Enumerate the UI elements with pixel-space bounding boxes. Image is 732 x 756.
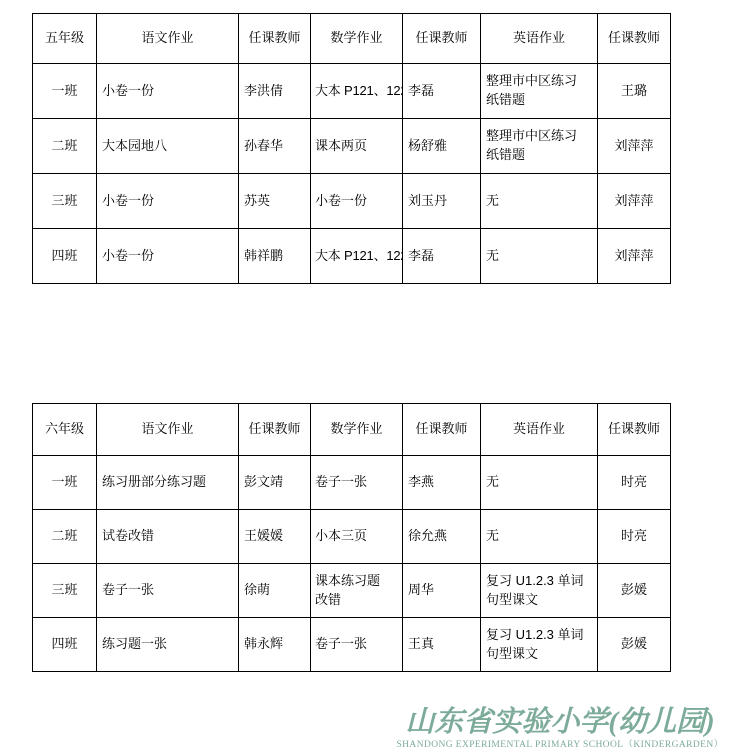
math-teacher: 周华 (403, 564, 481, 618)
math-homework: 小本三页 (311, 510, 403, 564)
english-teacher: 时亮 (598, 456, 671, 510)
english-teacher: 彭媛 (598, 564, 671, 618)
math-homework: 小卷一份 (311, 174, 403, 229)
header-chinese-homework: 语文作业 (97, 14, 239, 64)
chinese-teacher: 孙春华 (239, 119, 311, 174)
grade5-label: 五年级 (33, 14, 97, 64)
chinese-teacher: 韩永辉 (239, 618, 311, 672)
class-label: 三班 (33, 564, 97, 618)
chinese-homework: 练习册部分练习题 (97, 456, 239, 510)
math-homework: 课本练习题改错 (311, 564, 403, 618)
table-row: 二班 大本园地八 孙春华 课本两页 杨舒雅 整理市中区练习纸错题 刘萍萍 (33, 119, 671, 174)
math-homework: 课本两页 (311, 119, 403, 174)
english-homework: 整理市中区练习纸错题 (481, 119, 598, 174)
table-row: 一班 小卷一份 李洪倩 大本 P121、122 李磊 整理市中区练习纸错题 王璐 (33, 64, 671, 119)
header-math-teacher: 任课教师 (403, 14, 481, 64)
chinese-teacher: 韩祥鹏 (239, 229, 311, 284)
math-teacher: 徐允燕 (403, 510, 481, 564)
math-homework: 大本 P121、122 (311, 64, 403, 119)
table-row: 四班 小卷一份 韩祥鹏 大本 P121、122 李磊 无 刘萍萍 (33, 229, 671, 284)
header-math-teacher: 任课教师 (403, 404, 481, 456)
table-row: 三班 小卷一份 苏英 小卷一份 刘玉丹 无 刘萍萍 (33, 174, 671, 229)
chinese-homework: 试卷改错 (97, 510, 239, 564)
english-teacher: 彭媛 (598, 618, 671, 672)
class-label: 二班 (33, 510, 97, 564)
grade5-homework-table: 五年级 语文作业 任课教师 数学作业 任课教师 英语作业 任课教师 一班 小卷一… (32, 13, 671, 284)
chinese-homework: 卷子一张 (97, 564, 239, 618)
header-english-teacher: 任课教师 (598, 404, 671, 456)
english-teacher: 王璐 (598, 64, 671, 119)
english-teacher: 刘萍萍 (598, 174, 671, 229)
english-teacher: 时亮 (598, 510, 671, 564)
header-math-homework: 数学作业 (311, 14, 403, 64)
grade5-header-row: 五年级 语文作业 任课教师 数学作业 任课教师 英语作业 任课教师 (33, 14, 671, 64)
class-label: 二班 (33, 119, 97, 174)
header-math-homework: 数学作业 (311, 404, 403, 456)
chinese-teacher: 王媛媛 (239, 510, 311, 564)
chinese-homework: 大本园地八 (97, 119, 239, 174)
math-homework: 大本 P121、122 (311, 229, 403, 284)
chinese-homework: 小卷一份 (97, 64, 239, 119)
english-homework: 复习 U1.2.3 单词句型课文 (481, 564, 598, 618)
math-teacher: 刘玉丹 (403, 174, 481, 229)
math-teacher: 杨舒雅 (403, 119, 481, 174)
math-teacher: 李磊 (403, 64, 481, 119)
math-teacher: 李燕 (403, 456, 481, 510)
chinese-homework: 练习题一张 (97, 618, 239, 672)
class-label: 一班 (33, 64, 97, 119)
table-row: 一班 练习册部分练习题 彭文靖 卷子一张 李燕 无 时亮 (33, 456, 671, 510)
english-homework: 无 (481, 510, 598, 564)
grade6-label: 六年级 (33, 404, 97, 456)
english-homework: 无 (481, 456, 598, 510)
grade6-homework-table: 六年级 语文作业 任课教师 数学作业 任课教师 英语作业 任课教师 一班 练习册… (32, 403, 671, 672)
class-label: 一班 (33, 456, 97, 510)
math-homework: 卷子一张 (311, 618, 403, 672)
chinese-teacher: 李洪倩 (239, 64, 311, 119)
header-chinese-homework: 语文作业 (97, 404, 239, 456)
english-teacher: 刘萍萍 (598, 229, 671, 284)
header-chinese-teacher: 任课教师 (239, 14, 311, 64)
english-homework: 无 (481, 174, 598, 229)
english-homework: 整理市中区练习纸错题 (481, 64, 598, 119)
chinese-teacher: 徐萌 (239, 564, 311, 618)
school-name-chinese: 山东省实验小学(幼儿园) (390, 707, 730, 739)
table-row: 四班 练习题一张 韩永辉 卷子一张 王真 复习 U1.2.3 单词句型课文 彭媛 (33, 618, 671, 672)
math-teacher: 李磊 (403, 229, 481, 284)
header-chinese-teacher: 任课教师 (239, 404, 311, 456)
header-english-homework: 英语作业 (481, 404, 598, 456)
chinese-homework: 小卷一份 (97, 174, 239, 229)
chinese-teacher: 苏英 (239, 174, 311, 229)
header-english-teacher: 任课教师 (598, 14, 671, 64)
class-label: 四班 (33, 618, 97, 672)
header-english-homework: 英语作业 (481, 14, 598, 64)
english-homework: 复习 U1.2.3 单词句型课文 (481, 618, 598, 672)
grade6-header-row: 六年级 语文作业 任课教师 数学作业 任课教师 英语作业 任课教师 (33, 404, 671, 456)
chinese-teacher: 彭文靖 (239, 456, 311, 510)
table-row: 三班 卷子一张 徐萌 课本练习题改错 周华 复习 U1.2.3 单词句型课文 彭… (33, 564, 671, 618)
english-teacher: 刘萍萍 (598, 119, 671, 174)
math-homework: 卷子一张 (311, 456, 403, 510)
chinese-homework: 小卷一份 (97, 229, 239, 284)
math-teacher: 王真 (403, 618, 481, 672)
school-logo: 山东省实验小学(幼儿园) SHANDONG EXPERIMENTAL PRIMA… (390, 707, 730, 751)
class-label: 三班 (33, 174, 97, 229)
english-homework: 无 (481, 229, 598, 284)
table-row: 二班 试卷改错 王媛媛 小本三页 徐允燕 无 时亮 (33, 510, 671, 564)
school-name-english: SHANDONG EXPERIMENTAL PRIMARY SCHOOL（KIN… (390, 740, 730, 751)
class-label: 四班 (33, 229, 97, 284)
